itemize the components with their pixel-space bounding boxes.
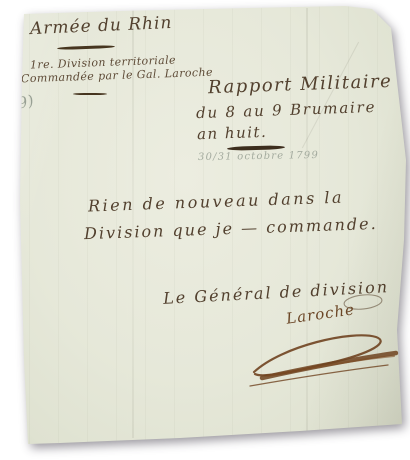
pencil-date-annotation: 30/31 octobre 1799 (198, 150, 319, 163)
division-underline (73, 93, 107, 95)
archival-number-pencil: 19) (6, 91, 36, 115)
photograph-background: Armée du Rhin 1re. Division territoriale… (0, 0, 410, 460)
manuscript-paper: Armée du Rhin 1re. Division territoriale… (0, 0, 410, 460)
report-title-line1: Rapport Militaire (208, 71, 393, 98)
signature-paraph (238, 322, 406, 394)
report-title-line2: du 8 au 9 Brumaire (196, 98, 377, 122)
report-title-line3: an huit. (197, 123, 268, 143)
paper-shadow: Armée du Rhin 1re. Division territoriale… (0, 0, 410, 460)
paper-scratch (302, 42, 359, 148)
body-line2: Division que je — commande. (84, 214, 378, 243)
letterhead-underline (57, 45, 115, 50)
letterhead-army: Armée du Rhin (30, 13, 173, 39)
